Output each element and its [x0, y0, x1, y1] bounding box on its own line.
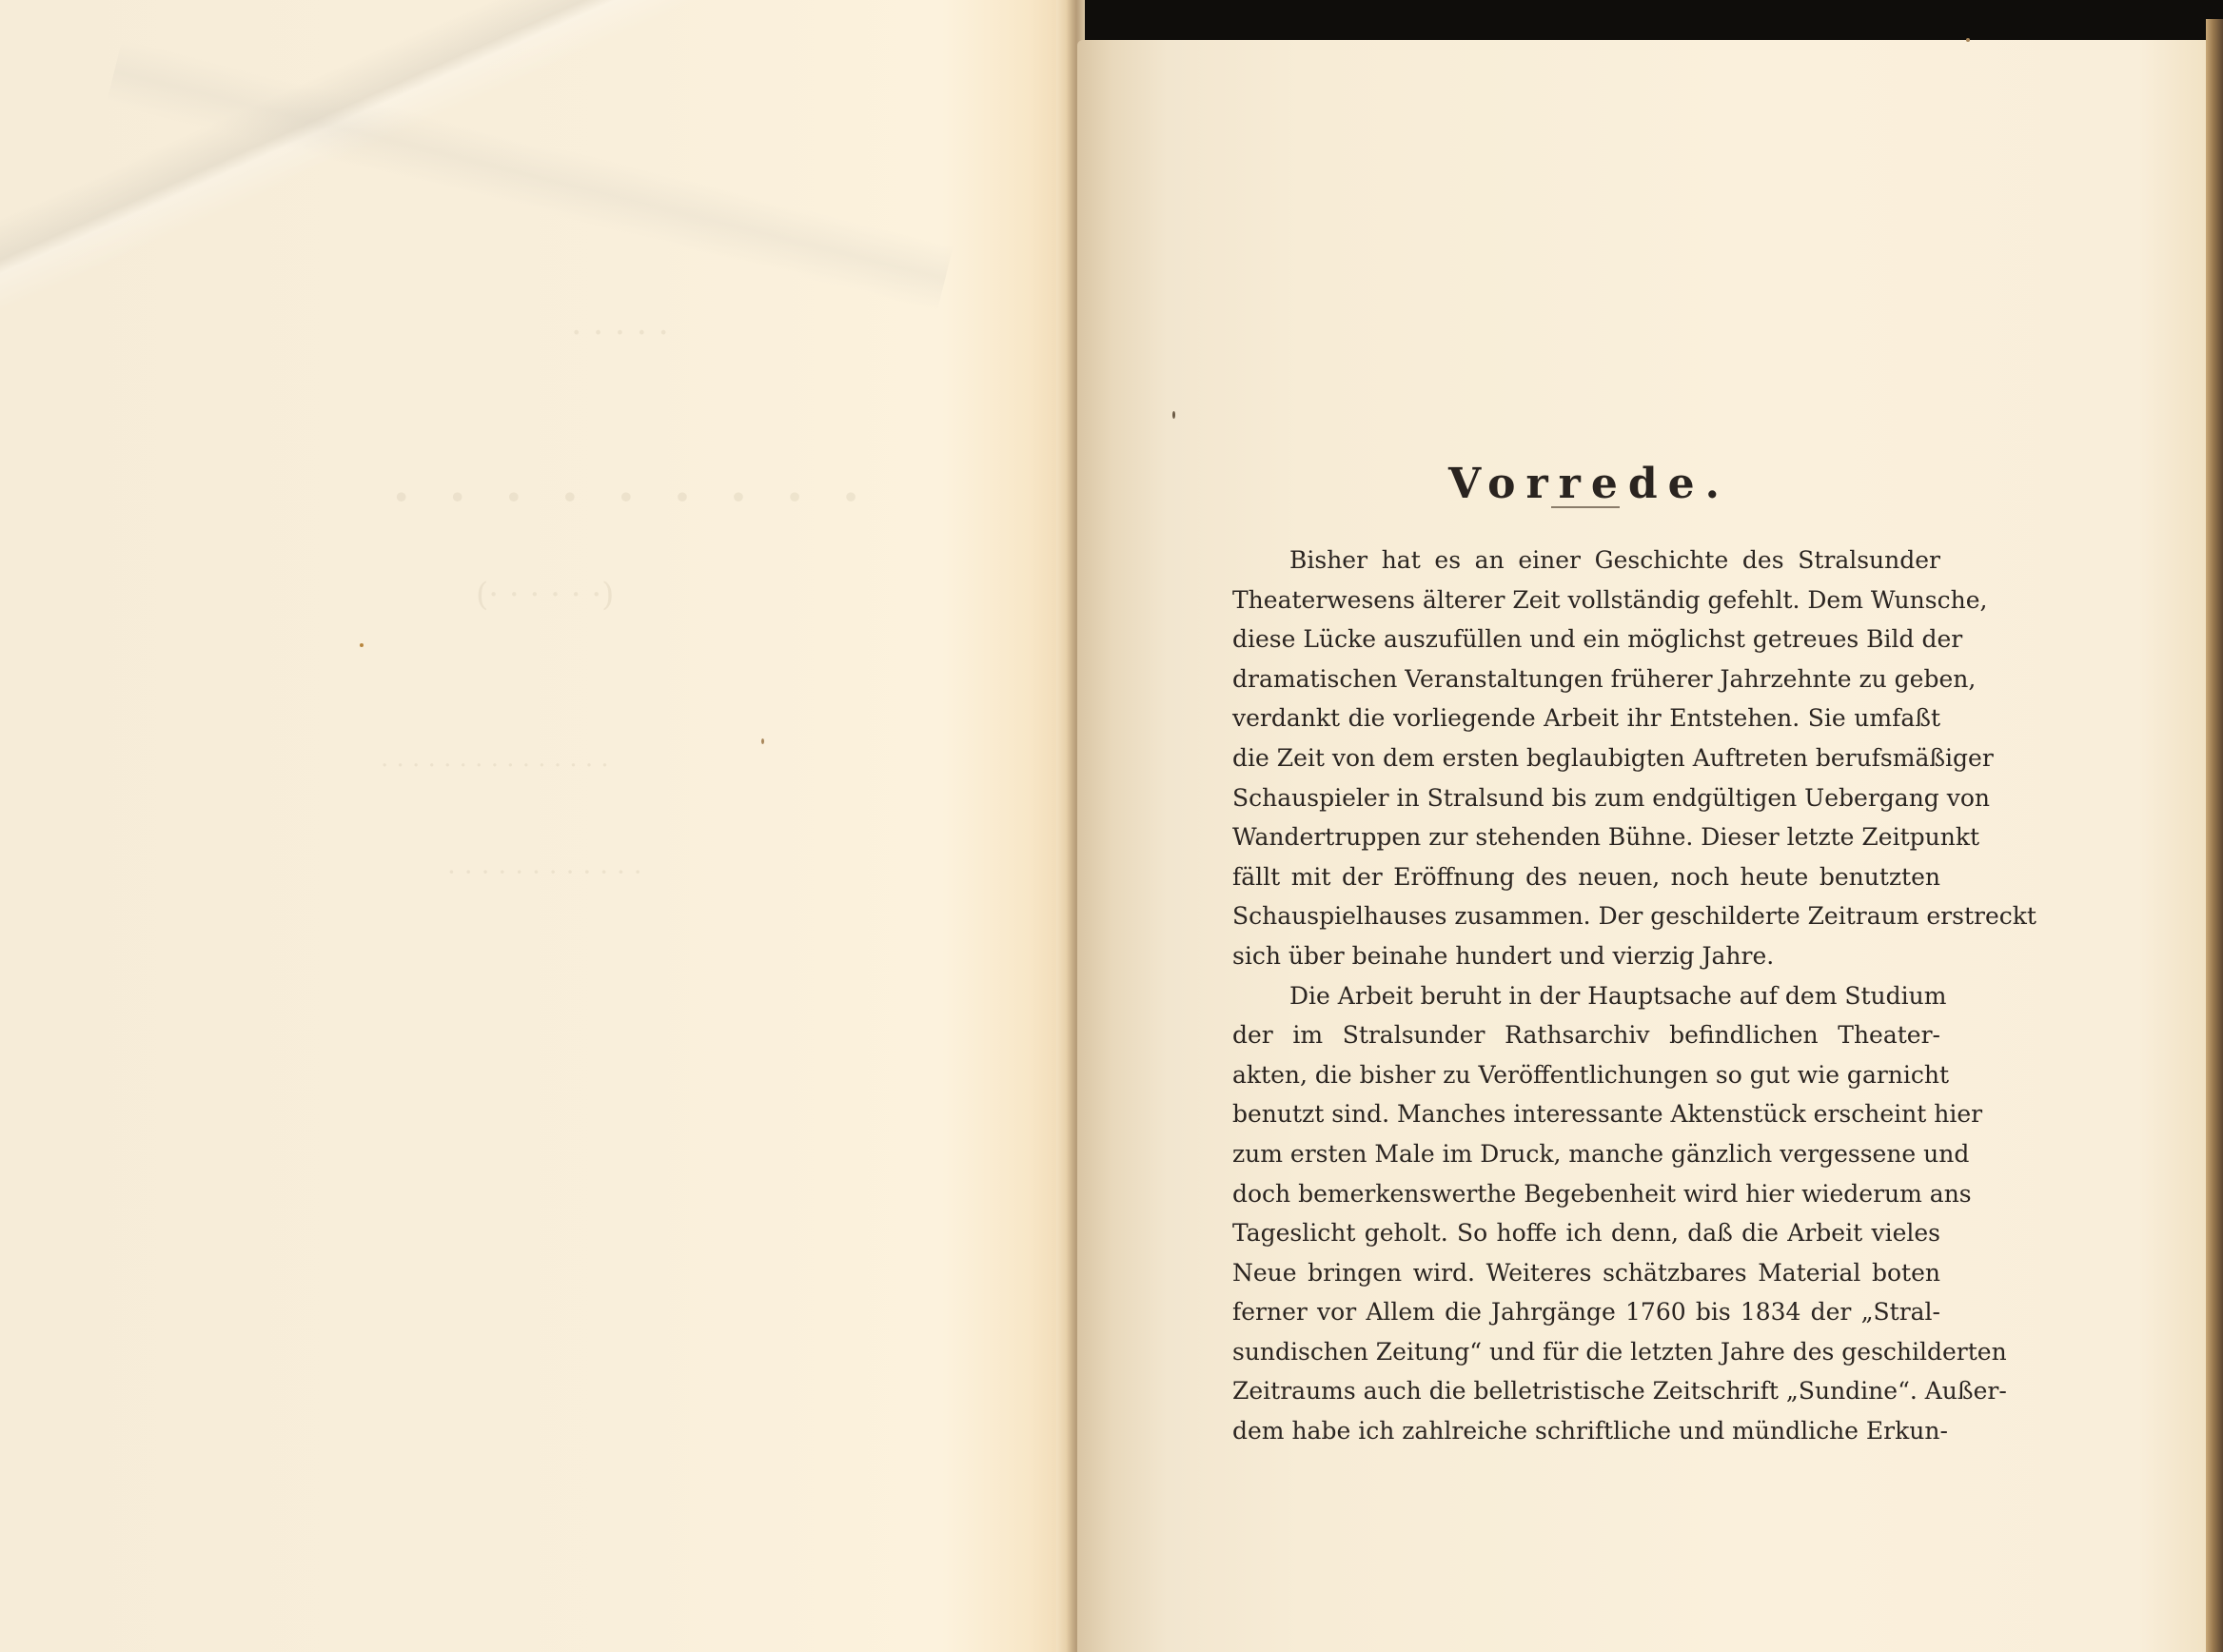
left-page: · · · · · · · · · · · · · · (· · · · · ·… [0, 0, 1071, 1652]
page-edge [2206, 19, 2223, 1652]
bleed-through-text: · · · · · · · · · · · · · · · [381, 752, 609, 780]
text-line: Neue bringen wird. Weiteres schätzbares … [1232, 1253, 1940, 1293]
paper-speck [761, 738, 764, 744]
text-line: sundischen Zeitung“ und für die letzten … [1232, 1332, 1940, 1372]
text-line: Theaterwesens älterer Zeit vollständig g… [1232, 580, 1940, 620]
text-line: Tageslicht geholt. So hoffe ich denn, da… [1232, 1213, 1940, 1253]
text-line: sich über beinahe hundert und vierzig Ja… [1232, 936, 1940, 976]
preface-body: Bisher hat es an einer Geschichte des St… [1232, 541, 1940, 1451]
text-line: benutzt sind. Manches interessante Akten… [1232, 1094, 1940, 1134]
page-title: Vorrede. [1313, 460, 1865, 508]
text-line: Zeitraums auch die belletristische Zeits… [1232, 1371, 1940, 1411]
text-line: akten, die bisher zu Veröffentlichungen … [1232, 1055, 1940, 1095]
text-line: Bisher hat es an einer Geschichte des St… [1232, 541, 1940, 580]
text-line: zum ersten Male im Druck, manche gänzlic… [1232, 1134, 1940, 1174]
text-line: Schauspieler in Stralsund bis zum endgül… [1232, 778, 1940, 818]
text-line: dramatischen Veranstaltungen früherer Ja… [1232, 659, 1940, 699]
bleed-through-text: · · · · · · · · · · · · [447, 856, 642, 888]
bleed-through-text: · · · · · [571, 314, 669, 353]
title-divider [1551, 506, 1620, 508]
bleed-through-text: (· · · · · ·) [476, 576, 614, 614]
text-line: Wandertruppen zur stehenden Bühne. Diese… [1232, 817, 1940, 857]
text-line: fällt mit der Eröffnung des neuen, noch … [1232, 857, 1940, 897]
text-line: Schauspielhauses zusammen. Der geschilde… [1232, 896, 1940, 936]
bleed-through-text: · · · · · · · · · [390, 457, 868, 539]
paper-speck [1966, 38, 1970, 42]
text-line: die Zeit von dem ersten beglaubigten Auf… [1232, 738, 1940, 778]
text-line: verdankt die vorliegende Arbeit ihr Ents… [1232, 698, 1940, 738]
text-line: doch bemerkenswerthe Begebenheit wird hi… [1232, 1174, 1940, 1214]
text-line: der im Stralsunder Rathsarchiv befindlic… [1232, 1015, 1940, 1055]
text-line: diese Lücke auszufüllen und ein möglichs… [1232, 619, 1940, 659]
text-line: ferner vor Allem die Jahrgänge 1760 bis … [1232, 1292, 1940, 1332]
book-cover-top [1056, 0, 2223, 46]
text-line: Die Arbeit beruht in der Hauptsache auf … [1232, 976, 1940, 1016]
paper-speck [360, 643, 364, 647]
text-line: dem habe ich zahlreiche schriftliche und… [1232, 1411, 1940, 1451]
paper-speck [1172, 411, 1175, 419]
book-spread: · · · · · · · · · · · · · · (· · · · · ·… [0, 0, 2223, 1652]
